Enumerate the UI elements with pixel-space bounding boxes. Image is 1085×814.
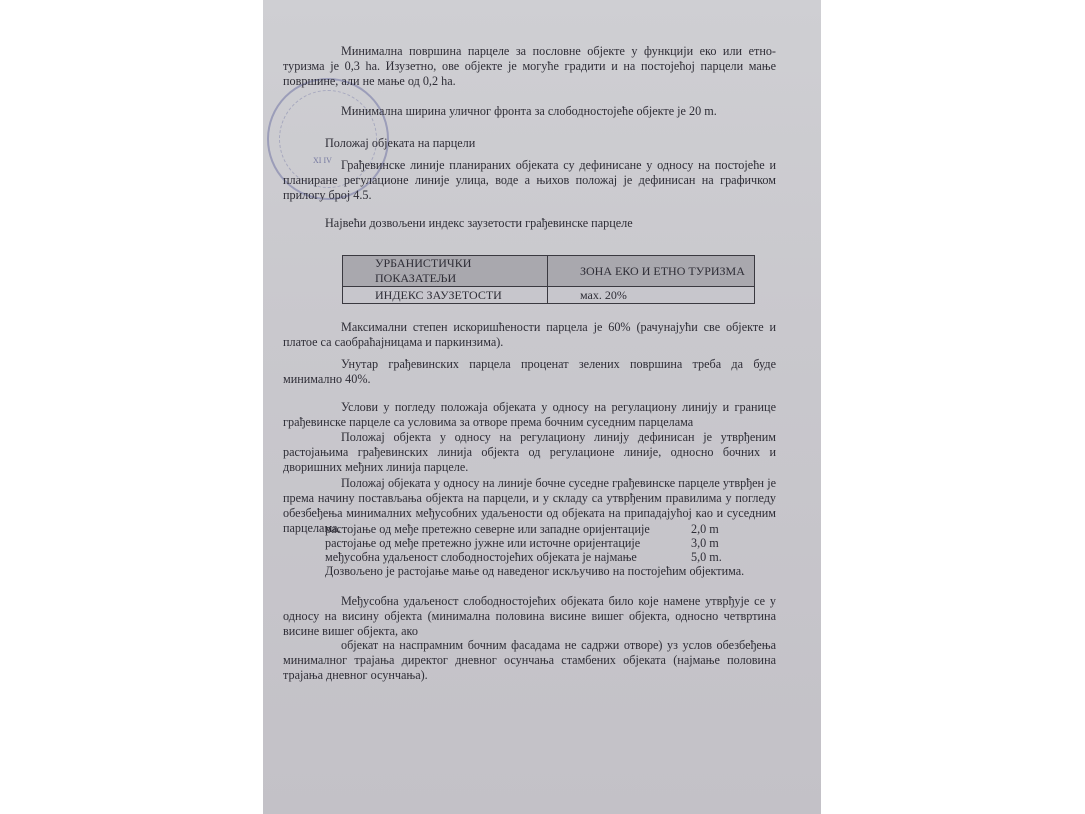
- paragraph-min-area: Минимална површина парцеле за пословне о…: [283, 44, 776, 89]
- paragraph-green-areas: Унутар грађевинских парцела проценат зел…: [283, 357, 776, 387]
- paragraph-regulation-line: Положај објекта у односу на регулациону …: [283, 430, 776, 475]
- table-header-cell: УРБАНИСТИЧКИ ПОКАЗАТЕЉИ: [343, 256, 548, 287]
- distance-item: међусобна удаљеност слободностојећих обј…: [325, 550, 637, 565]
- distance-item: растојање од међе претежно северне или з…: [325, 522, 650, 537]
- table-row: ИНДЕКС ЗАУЗЕТОСТИ мах. 20%: [343, 287, 755, 304]
- table-cell: мах. 20%: [548, 287, 755, 304]
- occupancy-index-table: УРБАНИСТИЧКИ ПОКАЗАТЕЉИ ЗОНА ЕКО И ЕТНО …: [342, 255, 755, 304]
- paragraph-street-front: Минимална ширина уличног фронта за слобо…: [283, 104, 776, 119]
- paragraph-max-utilization: Максимални степен искоришћености парцела…: [283, 320, 776, 350]
- paragraph-mutual-distance-cont: објекат на наспрамним бочним фасадама не…: [283, 638, 776, 683]
- document-page: XI IV Минимална површина парцеле за посл…: [263, 0, 821, 814]
- heading-occupancy-index: Највећи дозвољени индекс заузетости грађ…: [325, 216, 633, 231]
- paragraph-mutual-distance: Међусобна удаљеност слободностојећих обј…: [283, 594, 776, 639]
- table-header-row: УРБАНИСТИЧКИ ПОКАЗАТЕЉИ ЗОНА ЕКО И ЕТНО …: [343, 256, 755, 287]
- paragraph-allowed: Дозвољено је растојање мање од наведеног…: [325, 564, 744, 579]
- paragraph-conditions: Услови у погледу положаја објеката у одн…: [283, 400, 776, 430]
- distance-item: растојање од међе претежно јужне или ист…: [325, 536, 640, 551]
- paragraph-building-lines: Грађевинске линије планираних објеката с…: [283, 158, 776, 203]
- table-header-cell: ЗОНА ЕКО И ЕТНО ТУРИЗМА: [548, 256, 755, 287]
- heading-position: Положај објеката на парцели: [325, 136, 475, 151]
- table-cell: ИНДЕКС ЗАУЗЕТОСТИ: [343, 287, 548, 304]
